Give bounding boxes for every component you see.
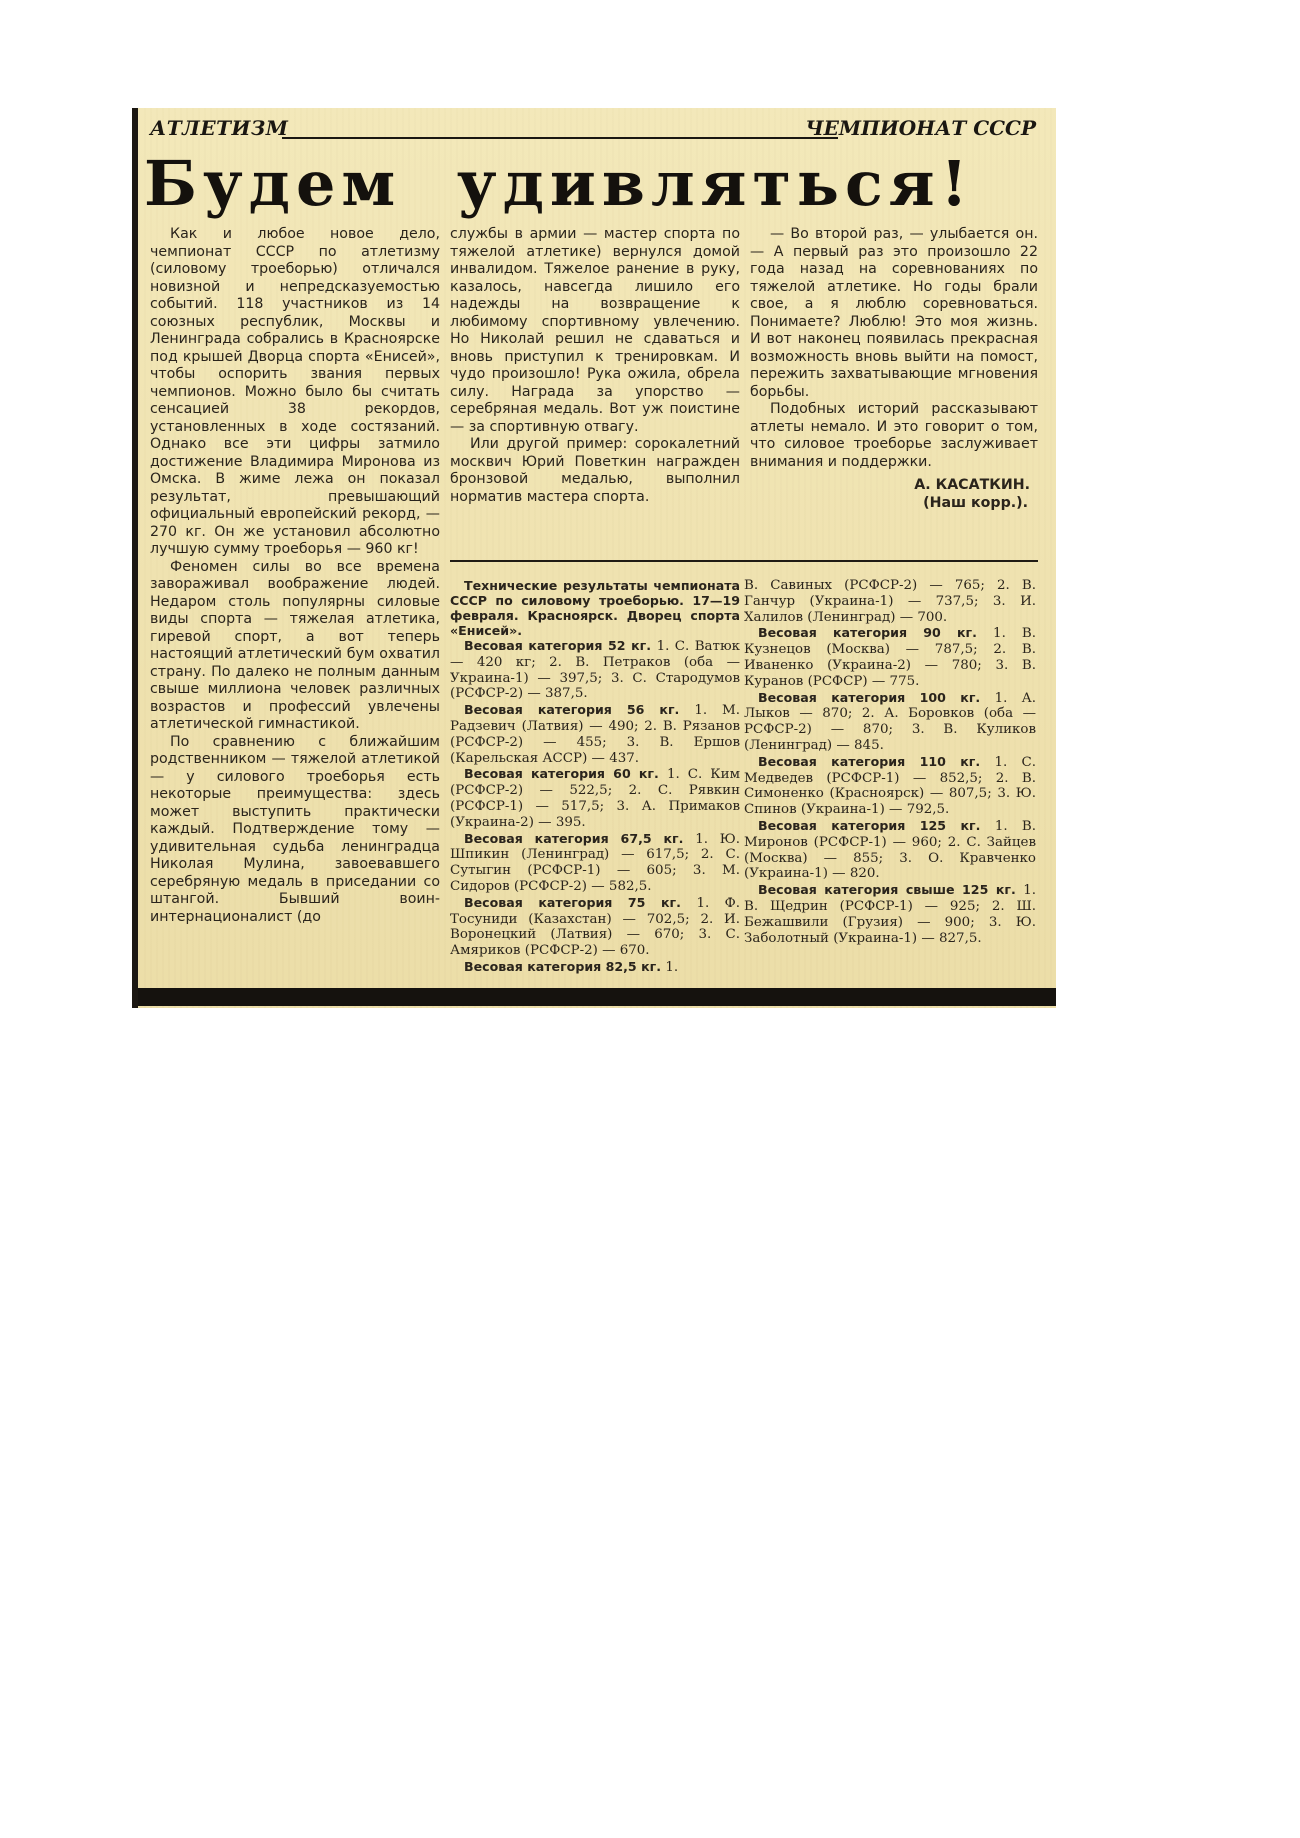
results-column-1: Технические результаты чемпионата СССР п…: [450, 578, 740, 976]
article-paragraph: — Во второй раз, — улыбается он. — А пер…: [750, 226, 1038, 401]
author-note: (Наш корр.).: [750, 495, 1038, 513]
article-column-3: — Во второй раз, — улыбается он. — А пер…: [750, 226, 1038, 512]
result-category: В. Савиных (РСФСР-2) — 765; 2. В. Ганчур…: [744, 578, 1036, 625]
category-results: В. Савиных (РСФСР-2) — 765; 2. В. Ганчур…: [744, 578, 1036, 625]
result-category: Весовая категория свыше 125 кг. 1. В. Ще…: [744, 882, 1036, 946]
left-black-edge: [132, 108, 138, 1008]
article-paragraph: Или другой пример: сорокалетний москвич …: [450, 436, 740, 506]
results-divider: [450, 560, 1038, 562]
newspaper-clipping: АТЛЕТИЗМ ЧЕМПИОНАТ СССР Будем удивляться…: [132, 108, 1056, 1008]
result-category: Весовая категория 125 кг. 1. В. Миронов …: [744, 818, 1036, 882]
result-category: Весовая категория 75 кг. 1. Ф. Тосуниди …: [450, 895, 740, 959]
article-paragraph: Подобных историй рассказывают атлеты нем…: [750, 401, 1038, 471]
result-category: Весовая категория 100 кг. 1. А. Лыков — …: [744, 690, 1036, 754]
result-category: Весовая категория 110 кг. 1. С. Медведев…: [744, 754, 1036, 818]
category-label: Весовая категория 56 кг.: [464, 702, 694, 717]
result-category: Весовая категория 52 кг. 1. С. Ватюк — 4…: [450, 638, 740, 702]
rubric-event: ЧЕМПИОНАТ СССР: [805, 116, 1036, 140]
result-category: Весовая категория 60 кг. 1. С. Ким (РСФС…: [450, 766, 740, 830]
category-label: Весовая категория 90 кг.: [758, 625, 993, 640]
article-paragraph: По сравнению с ближайшим родственником —…: [150, 734, 440, 927]
category-label: Весовая категория 110 кг.: [758, 754, 994, 769]
category-results: 1.: [665, 960, 678, 975]
category-label: Весовая категория 60 кг.: [464, 766, 667, 781]
rubric-rule: [282, 137, 838, 139]
category-label: Весовая категория 75 кг.: [464, 895, 696, 910]
results-intro: Технические результаты чемпионата СССР п…: [450, 578, 740, 638]
result-category: Весовая категория 82,5 кг. 1.: [450, 959, 740, 976]
author-signature: А. КАСАТКИН.: [750, 477, 1038, 495]
rubric-section: АТЛЕТИЗМ: [150, 116, 288, 140]
article-paragraph: службы в армии — мастер спорта по тяжело…: [450, 226, 740, 436]
category-label: Весовая категория свыше 125 кг.: [758, 882, 1023, 897]
category-label: Весовая категория 125 кг.: [758, 818, 995, 833]
results-column-2: В. Савиных (РСФСР-2) — 765; 2. В. Ганчур…: [744, 578, 1036, 946]
article-column-2: службы в армии — мастер спорта по тяжело…: [450, 226, 740, 506]
result-category: Весовая категория 90 кг. 1. В. Кузнецов …: [744, 625, 1036, 689]
category-label: Весовая категория 52 кг.: [464, 638, 657, 653]
bottom-black-rule: [138, 988, 1056, 1006]
article-paragraph: Феномен силы во все времена завораживал …: [150, 559, 440, 734]
category-label: Весовая категория 100 кг.: [758, 690, 995, 705]
result-category: Весовая категория 56 кг. 1. М. Радзевич …: [450, 702, 740, 766]
result-category: Весовая категория 67,5 кг. 1. Ю. Шпикин …: [450, 831, 740, 895]
article-column-1: Как и любое новое дело, чемпионат СССР п…: [150, 226, 440, 926]
article-paragraph: Как и любое новое дело, чемпионат СССР п…: [150, 226, 440, 559]
category-label: Весовая категория 67,5 кг.: [464, 831, 695, 846]
category-label: Весовая категория 82,5 кг.: [464, 959, 665, 974]
headline: Будем удивляться!: [144, 148, 1044, 220]
